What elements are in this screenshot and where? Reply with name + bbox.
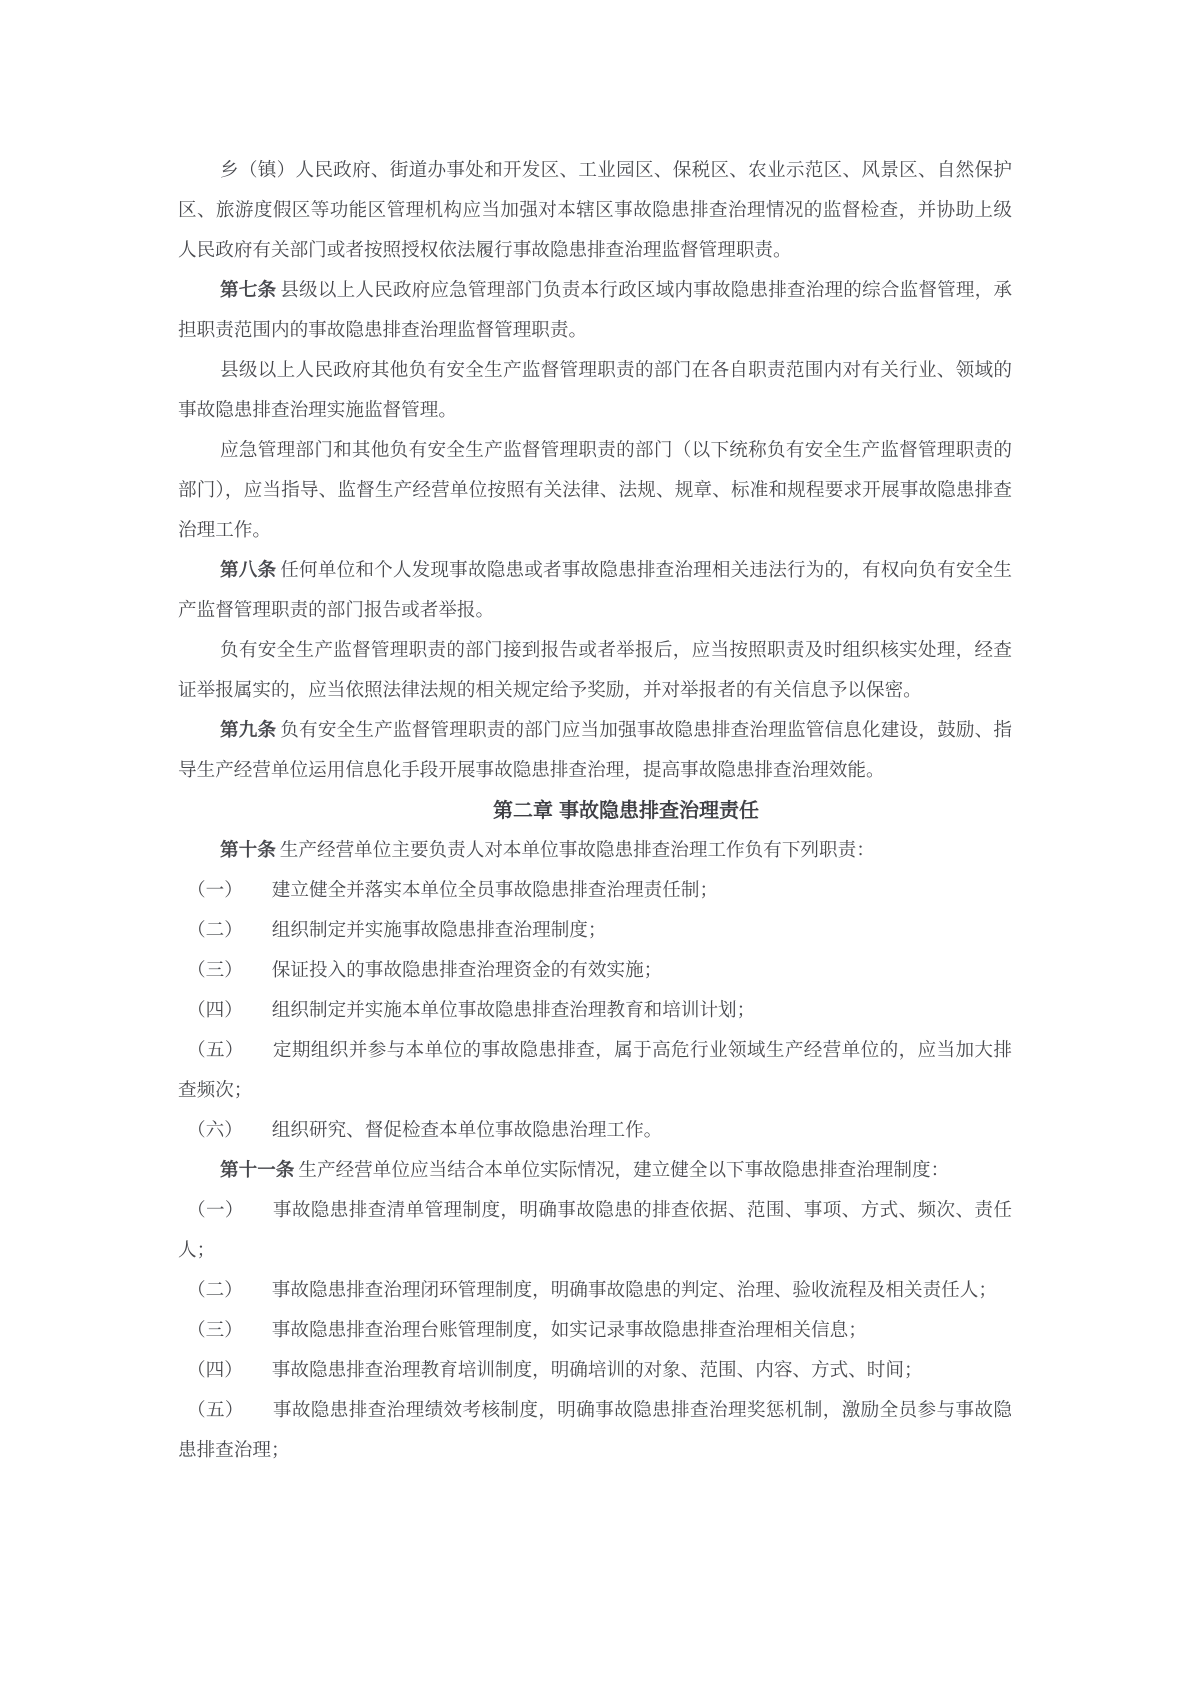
paragraph-text: 生产经营单位主要负责人对本单位事故隐患排查治理工作负有下列职责：	[280, 840, 875, 861]
paragraph-text: 事故隐患排查治理绩效考核制度，明确事故隐患排查治理奖惩机制，激励全员参与事故隐患…	[178, 1400, 1012, 1461]
list-item-paragraph: （二）组织制定并实施事故隐患排查治理制度；	[178, 911, 1012, 951]
article-paragraph: 第九条负有安全生产监督管理职责的部门应当加强事故隐患排查治理监管信息化建设，鼓励…	[178, 711, 1012, 791]
paragraph-text: 生产经营单位应当结合本单位实际情况，建立健全以下事故隐患排查治理制度：	[298, 1160, 949, 1181]
paragraph-text: 负有安全生产监督管理职责的部门应当加强事故隐患排查治理监管信息化建设，鼓励、指导…	[178, 720, 1012, 781]
item-number: （三）	[187, 1320, 243, 1341]
item-number: （五）	[187, 1400, 244, 1421]
paragraph-text: 定期组织并参与本单位的事故隐患排查，属于高危行业领域生产经营单位的，应当加大排查…	[178, 1040, 1012, 1101]
paragraph-text: 事故隐患排查清单管理制度，明确事故隐患的排查依据、范围、事项、方式、频次、责任人…	[178, 1200, 1012, 1261]
item-number: （四）	[187, 1000, 243, 1021]
list-item-paragraph: （三）事故隐患排查治理台账管理制度，如实记录事故隐患排查治理相关信息；	[178, 1311, 1012, 1351]
list-item-paragraph: （四）事故隐患排查治理教育培训制度，明确培训的对象、范围、内容、方式、时间；	[178, 1351, 1012, 1391]
item-number: （四）	[187, 1360, 243, 1381]
body-paragraph: 乡（镇）人民政府、街道办事处和开发区、工业园区、保税区、农业示范区、风景区、自然…	[178, 151, 1012, 271]
body-paragraph: 县级以上人民政府其他负有安全生产监督管理职责的部门在各自职责范围内对有关行业、领…	[178, 351, 1012, 431]
list-item-paragraph: （六）组织研究、督促检查本单位事故隐患治理工作。	[178, 1111, 1012, 1151]
paragraph-text: 事故隐患排查治理教育培训制度，明确培训的对象、范围、内容、方式、时间；	[272, 1360, 923, 1381]
paragraph-text: 事故隐患排查治理台账管理制度，如实记录事故隐患排查治理相关信息；	[272, 1320, 867, 1341]
document-body: 乡（镇）人民政府、街道办事处和开发区、工业园区、保税区、农业示范区、风景区、自然…	[178, 151, 1012, 1471]
item-number: （五）	[187, 1040, 244, 1061]
list-item-paragraph: （四）组织制定并实施本单位事故隐患排查治理教育和培训计划；	[178, 991, 1012, 1031]
list-item-paragraph: （五）事故隐患排查治理绩效考核制度，明确事故隐患排查治理奖惩机制，激励全员参与事…	[178, 1391, 1012, 1471]
list-item-paragraph: （三）保证投入的事故隐患排查治理资金的有效实施；	[178, 951, 1012, 991]
chapter-heading: 第二章事故隐患排查治理责任	[178, 791, 1012, 831]
paragraph-text: 应急管理部门和其他负有安全生产监督管理职责的部门（以下统称负有安全生产监督管理职…	[178, 440, 1012, 541]
item-number: （三）	[187, 960, 243, 981]
paragraph-text: 组织研究、督促检查本单位事故隐患治理工作。	[272, 1120, 662, 1141]
paragraph-text: 组织制定并实施事故隐患排查治理制度；	[272, 920, 607, 941]
paragraph-text: 任何单位和个人发现事故隐患或者事故隐患排查治理相关违法行为的，有权向负有安全生产…	[178, 560, 1012, 621]
list-item-paragraph: （二）事故隐患排查治理闭环管理制度，明确事故隐患的判定、治理、验收流程及相关责任…	[178, 1271, 1012, 1311]
paragraph-text: 事故隐患排查治理闭环管理制度，明确事故隐患的判定、治理、验收流程及相关责任人；	[272, 1280, 997, 1301]
paragraph-text: 建立健全并落实本单位全员事故隐患排查治理责任制；	[272, 880, 718, 901]
chapter-number: 第二章	[493, 800, 553, 822]
chapter-title: 事故隐患排查治理责任	[559, 800, 759, 822]
paragraph-text: 负有安全生产监督管理职责的部门接到报告或者举报后，应当按照职责及时组织核实处理，…	[178, 640, 1012, 701]
body-paragraph: 应急管理部门和其他负有安全生产监督管理职责的部门（以下统称负有安全生产监督管理职…	[178, 431, 1012, 551]
article-number: 第十条	[220, 840, 276, 861]
paragraph-text: 县级以上人民政府应急管理部门负责本行政区域内事故隐患排查治理的综合监督管理，承担…	[178, 280, 1012, 341]
item-number: （二）	[187, 1280, 243, 1301]
article-paragraph: 第七条县级以上人民政府应急管理部门负责本行政区域内事故隐患排查治理的综合监督管理…	[178, 271, 1012, 351]
article-paragraph: 第十一条生产经营单位应当结合本单位实际情况，建立健全以下事故隐患排查治理制度：	[178, 1151, 1012, 1191]
paragraph-text: 组织制定并实施本单位事故隐患排查治理教育和培训计划；	[272, 1000, 755, 1021]
list-item-paragraph: （一）建立健全并落实本单位全员事故隐患排查治理责任制；	[178, 871, 1012, 911]
document-page: 乡（镇）人民政府、街道办事处和开发区、工业园区、保税区、农业示范区、风景区、自然…	[0, 0, 1190, 1683]
article-number: 第八条	[220, 560, 276, 581]
paragraph-text: 乡（镇）人民政府、街道办事处和开发区、工业园区、保税区、农业示范区、风景区、自然…	[178, 160, 1012, 261]
body-paragraph: 负有安全生产监督管理职责的部门接到报告或者举报后，应当按照职责及时组织核实处理，…	[178, 631, 1012, 711]
paragraph-text: 县级以上人民政府其他负有安全生产监督管理职责的部门在各自职责范围内对有关行业、领…	[178, 360, 1012, 421]
list-item-paragraph: （五）定期组织并参与本单位的事故隐患排查，属于高危行业领域生产经营单位的，应当加…	[178, 1031, 1012, 1111]
article-paragraph: 第十条生产经营单位主要负责人对本单位事故隐患排查治理工作负有下列职责：	[178, 831, 1012, 871]
article-number: 第九条	[220, 720, 276, 741]
article-number: 第七条	[220, 280, 276, 301]
paragraph-text: 保证投入的事故隐患排查治理资金的有效实施；	[272, 960, 662, 981]
item-number: （二）	[187, 920, 243, 941]
list-item-paragraph: （一）事故隐患排查清单管理制度，明确事故隐患的排查依据、范围、事项、方式、频次、…	[178, 1191, 1012, 1271]
article-paragraph: 第八条任何单位和个人发现事故隐患或者事故隐患排查治理相关违法行为的，有权向负有安…	[178, 551, 1012, 631]
item-number: （一）	[187, 880, 243, 901]
article-number: 第十一条	[220, 1160, 294, 1181]
item-number: （一）	[187, 1200, 244, 1221]
item-number: （六）	[187, 1120, 243, 1141]
